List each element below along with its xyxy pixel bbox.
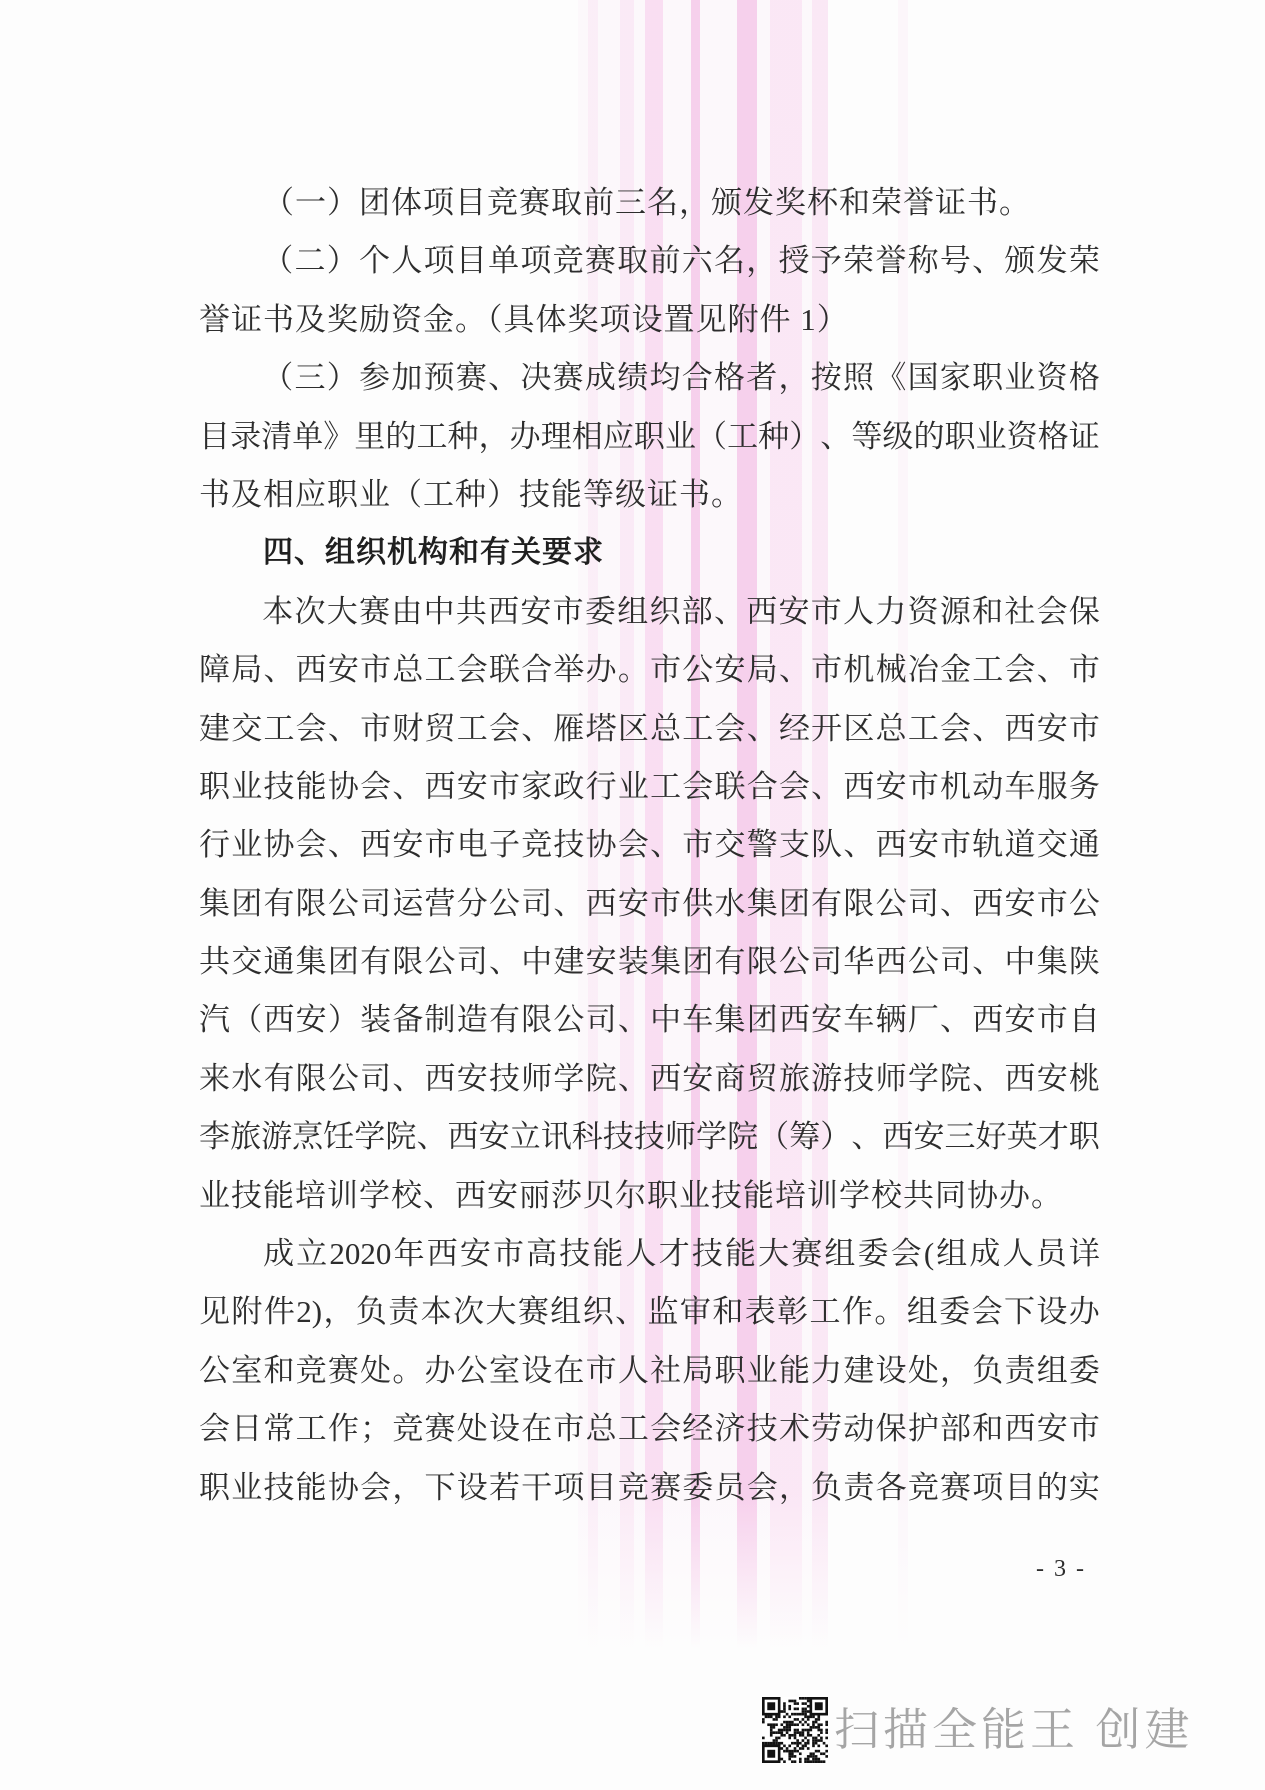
text-line: 职业技能协会、西安市家政行业工会联合会、西安市机动车服务 [199,758,1100,816]
text-line: 成立2020年西安市高技能人才技能大赛组委会(组成人员详 [199,1225,1100,1283]
text-line: 职业技能协会，下设若干项目竞赛委员会，负责各竞赛项目的实 [199,1459,1100,1517]
text-line: 行业协会、西安市电子竞技协会、市交警支队、西安市轨道交通 [199,816,1100,874]
section-heading: 四、组织机构和有关要求 [199,524,1100,582]
text-line: 集团有限公司运营分公司、西安市供水集团有限公司、西安市公 [199,875,1100,933]
qr-code-icon [762,1697,828,1763]
text-line: 共交通集团有限公司、中建安装集团有限公司华西公司、中集陕 [199,933,1100,991]
text-line: （一）团体项目竞赛取前三名，颁发奖杯和荣誉证书。 [199,174,1100,232]
text-line: 汽（西安）装备制造有限公司、中车集团西安车辆厂、西安市自 [199,991,1100,1049]
text-line: （二）个人项目单项竞赛取前六名，授予荣誉称号、颁发荣 [199,232,1100,290]
text-line: 书及相应职业（工种）技能等级证书。 [199,466,1100,524]
text-line: 目录清单》里的工种，办理相应职业（工种）、等级的职业资格证 [199,408,1100,466]
text-line: 会日常工作；竞赛处设在市总工会经济技术劳动保护部和西安市 [199,1400,1100,1458]
text-line: 见附件2)，负责本次大赛组织、监审和表彰工作。组委会下设办 [199,1283,1100,1341]
scanner-watermark: 扫描全能王 创建 [834,1700,1194,1760]
text-line: 建交工会、市财贸工会、雁塔区总工会、经开区总工会、西安市 [199,700,1100,758]
text-line: 李旅游烹饪学院、西安立讯科技技师学院（筹）、西安三好英才职 [199,1108,1100,1166]
text-line: 本次大赛由中共西安市委组织部、西安市人力资源和社会保 [199,583,1100,641]
text-line: 公室和竞赛处。办公室设在市人社局职业能力建设处，负责组委 [199,1342,1100,1400]
text-line: 誉证书及奖励资金。（具体奖项设置见附件 1） [199,291,1100,349]
scanned-document-page: （一）团体项目竞赛取前三名，颁发奖杯和荣誉证书。（二）个人项目单项竞赛取前六名，… [0,0,1265,1790]
text-line: 障局、西安市总工会联合举办。市公安局、市机械冶金工会、市 [199,641,1100,699]
text-line: 来水有限公司、西安技师学院、西安商贸旅游技师学院、西安桃 [199,1050,1100,1108]
text-line: （三）参加预赛、决赛成绩均合格者，按照《国家职业资格 [199,349,1100,407]
page-number: - 3 - [1036,1556,1086,1583]
text-line: 业技能培训学校、西安丽莎贝尔职业技能培训学校共同协办。 [199,1167,1100,1225]
document-body: （一）团体项目竞赛取前三名，颁发奖杯和荣誉证书。（二）个人项目单项竞赛取前六名，… [199,174,1100,1517]
